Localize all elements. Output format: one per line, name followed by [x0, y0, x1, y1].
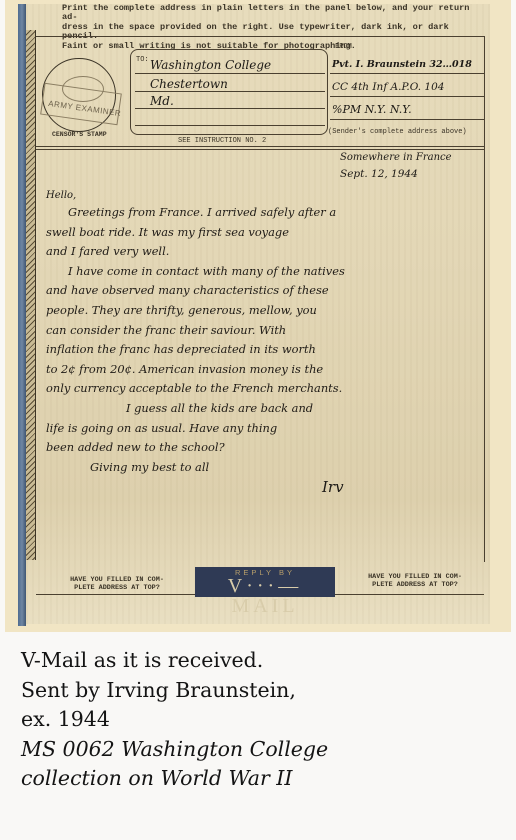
address-reminder-right: HAVE YOU FILLED IN COM- PLETE ADDRESS AT… [350, 573, 480, 589]
instruction-line: dress in the space provided on the right… [62, 23, 472, 42]
letter-line: swell boat ride. It was my first sea voy… [46, 223, 481, 243]
letter-greeting: Hello, [46, 190, 76, 201]
letter-line: can consider the franc their saviour. Wi… [46, 321, 481, 341]
letter-body: Greetings from France. I arrived safely … [46, 203, 481, 477]
instruction-line: Print the complete address in plain lett… [62, 4, 472, 23]
letter-line: life is going on as usual. Have any thin… [46, 419, 481, 439]
to-address-line-1: Washington College [150, 58, 271, 72]
form-instructions: Print the complete address in plain lett… [62, 4, 472, 51]
letter-line: and I fared very well. [46, 242, 481, 262]
letter-line: people. They are thrifty, generous, mell… [46, 301, 481, 321]
letter-line: I have come in contact with many of the … [46, 262, 481, 282]
form-divider [36, 146, 484, 147]
reminder-line: PLETE ADDRESS AT TOP? [52, 584, 182, 592]
see-instruction-note: SEE INSTRUCTION NO. 2 [178, 137, 266, 145]
image-caption: V-Mail as it is received. Sent by Irving… [21, 646, 328, 794]
form-edge-strip [18, 4, 26, 626]
caption-collection-line-2: collection on World War II [21, 764, 328, 794]
from-address-line-3: %PM N.Y. N.Y. [332, 103, 412, 116]
letter-line: been added new to the school? [46, 438, 481, 458]
address-line [330, 119, 484, 120]
address-line [135, 91, 325, 92]
letter-line: only currency acceptable to the French m… [46, 379, 481, 399]
letter-line: and have observed many characteristics o… [46, 281, 481, 301]
form-right-border [484, 36, 485, 562]
reminder-line: PLETE ADDRESS AT TOP? [350, 581, 480, 589]
address-line [330, 73, 484, 74]
caption-line-2: Sent by Irving Braunstein, [21, 676, 328, 706]
to-label: TO: [136, 56, 149, 64]
letter-line: I guess all the kids are back and [46, 399, 481, 419]
from-address-line-2: CC 4th Inf A.P.O. 104 [332, 81, 444, 93]
address-line [135, 73, 325, 74]
form-divider [36, 36, 484, 37]
hatched-margin [26, 30, 36, 560]
letter-line: Giving my best to all [46, 458, 481, 478]
to-address-line-3: Md. [150, 94, 174, 108]
censor-stamp-label: CENSOR'S STAMP [52, 131, 107, 138]
letter-line: to 2¢ from 20¢. American invasion money … [46, 360, 481, 380]
address-line [135, 125, 325, 126]
letter-signature: Irv [322, 478, 344, 496]
caption-collection-line-1: MS 0062 Washington College [21, 735, 328, 765]
letter-date: Sept. 12, 1944 [340, 168, 418, 180]
letter-line: inflation the franc has depreciated in i… [46, 340, 481, 360]
sender-address-note: (Sender's complete address above) [328, 128, 467, 136]
to-address-line-2: Chestertown [150, 77, 228, 91]
letter-place: Somewhere in France [340, 152, 452, 163]
caption-line-1: V-Mail as it is received. [21, 646, 328, 676]
vmail-logo: V···—MAIL [195, 576, 335, 616]
from-address-line-1: Pvt. I. Braunstein 32…018 [332, 59, 472, 70]
caption-line-3: ex. 1944 [21, 705, 328, 735]
address-line [135, 108, 325, 109]
address-reminder-left: HAVE YOU FILLED IN COM- PLETE ADDRESS AT… [52, 576, 182, 592]
from-label: FROM [335, 43, 352, 51]
reminder-line: HAVE YOU FILLED IN COM- [350, 573, 480, 581]
form-divider [36, 149, 484, 150]
address-line [330, 96, 484, 97]
letter-line: Greetings from France. I arrived safely … [46, 203, 481, 223]
reminder-line: HAVE YOU FILLED IN COM- [52, 576, 182, 584]
